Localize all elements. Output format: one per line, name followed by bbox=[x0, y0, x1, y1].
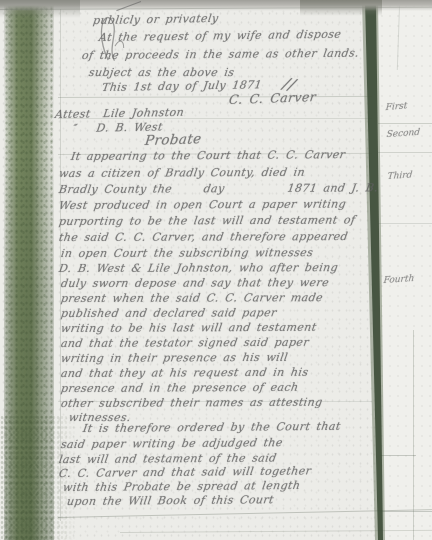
handwriting-line: C. C. Carver and that said will together bbox=[58, 464, 312, 480]
handwriting-line: said paper writing be adjudged the bbox=[60, 436, 284, 451]
handwriting-line: of the proceeds in the same as other lan… bbox=[81, 47, 360, 62]
handwriting-line: West produced in open Court a paper writ… bbox=[58, 197, 347, 212]
signature: C. C. Carver bbox=[228, 89, 317, 107]
scan-edge-shadow bbox=[0, 0, 80, 18]
handwriting-line: purporting to be the last will and testa… bbox=[58, 213, 356, 228]
handwriting-line: last will and testament of the said bbox=[58, 451, 278, 466]
handwriting-line: and that they at his request and in his bbox=[60, 366, 309, 380]
scanned-document-page: publicly or privatelyAt the request of m… bbox=[0, 0, 432, 540]
handwriting-line: and that the testator signed said paper bbox=[60, 336, 310, 350]
handwriting-line: Bradly County the day 1871 and J. B. bbox=[58, 181, 379, 196]
attest-line: Attest Lile Johnston bbox=[54, 106, 185, 121]
handwriting-line: presence and in the presence of each bbox=[60, 381, 300, 395]
handwriting-line: in open Court the subscribing witnesses bbox=[60, 246, 314, 260]
handwriting-line: other subscribed their names as attestin… bbox=[60, 396, 324, 410]
margin-index-note: Third bbox=[387, 170, 413, 182]
handwriting-line: publicly or privately bbox=[92, 12, 219, 27]
handwriting-line: the said C. C. Carver, and therefore app… bbox=[58, 230, 349, 244]
handwriting-line: subject as the above is bbox=[88, 66, 235, 79]
handwriting-line: D. B. West & Lile Johnston, who after be… bbox=[58, 261, 339, 275]
handwriting-line: It is therefore ordered by the Court tha… bbox=[82, 420, 342, 435]
scan-edge-shadow bbox=[300, 0, 382, 16]
handwriting-line: writing in their presence as his will bbox=[60, 351, 289, 365]
handwriting-line: was a citizen of Bradly County, died in bbox=[58, 166, 306, 180]
handwriting-line: writing to be his last will and testamen… bbox=[60, 321, 318, 335]
margin-index-note: First bbox=[385, 101, 407, 113]
heading: Probate bbox=[144, 131, 203, 149]
handwriting-line: with this Probate be spread at length bbox=[62, 479, 301, 494]
handwriting-line: It appearing to the Court that C. C. Car… bbox=[70, 148, 346, 163]
handwriting-line: duly sworn depose and say that they were bbox=[60, 276, 330, 290]
handwriting-line: present when the said C. C. Carver made bbox=[60, 291, 324, 305]
handwriting-line: upon the Will Book of this Court bbox=[66, 493, 275, 508]
handwriting-line: published and declared said paper bbox=[60, 306, 278, 320]
